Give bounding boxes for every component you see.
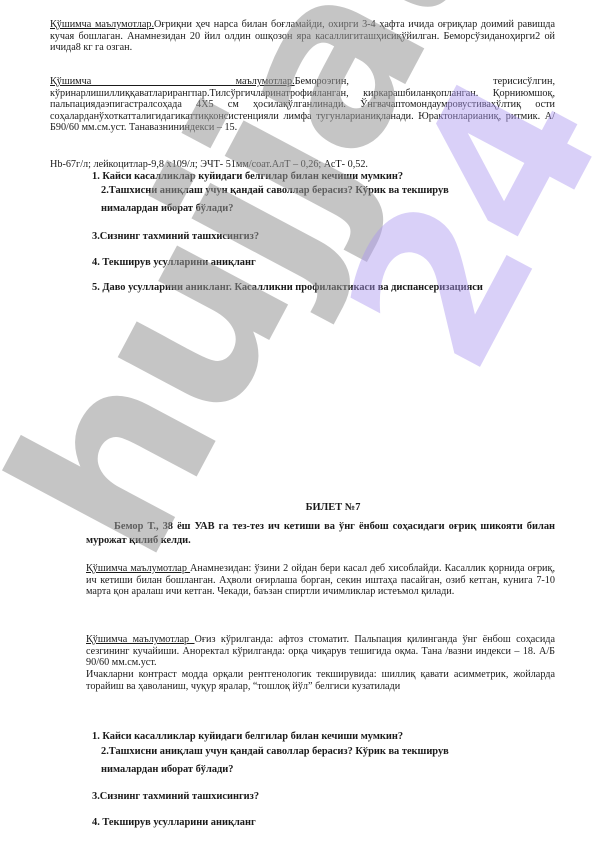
additional-info-label: Қўшимча маълумотлар.	[50, 76, 295, 87]
ticket-question-4: 4. Текширув усулларини аниқланг	[92, 816, 256, 829]
case-description: Бемор Т., 38 ёш УАВ га тез-тез ич кетиши…	[86, 520, 555, 548]
question-1: 1. Кайси касалликлар куйидаги белгилар б…	[92, 170, 403, 183]
additional-info-label: Қўшимча маълумотлар.	[50, 19, 154, 30]
question-4: 4. Текширув усулларини аниқланг	[92, 256, 256, 269]
ticket-question-1: 1. Кайси касалликлар куйидаги белгилар б…	[92, 730, 403, 743]
additional-info-paragraph-2: Қўшимча маълумотлар.Бемороэгин, терисисў…	[50, 76, 555, 134]
additional-info-label: Қўшимча маълумотлар	[86, 563, 190, 574]
question-5: 5. Даво усулларини аникланг. Касалликни …	[92, 281, 483, 294]
question-2-cont: нималардан иборат бўлади?	[101, 202, 233, 215]
question-2: 2.Ташхисни аниқлаш учун қандай саволлар …	[101, 184, 449, 197]
ticket-additional-info-1: Қўшимча маълумотлар Анамнезидан: ўзини 2…	[86, 563, 555, 598]
question-3: 3.Сизнинг тахминий ташхисингиз?	[92, 230, 259, 243]
document-page: Қўшимча маълумотлар.Оғриқни ҳеч нарса би…	[0, 0, 596, 842]
ticket-additional-info-2: Қўшимча маълумотлар Оғиз кўрилганда: афт…	[86, 634, 555, 669]
additional-info-label: Қўшимча маълумотлар	[86, 634, 195, 645]
ticket-question-2-cont: нималардан иборат бўлади?	[101, 763, 233, 776]
ticket-question-3: 3.Сизнинг тахминий ташхисингиз?	[92, 790, 259, 803]
lab-results: Hb-67г/л; лейкоцитлар-9,8 х109/л; ЭЧТ- 5…	[50, 159, 555, 171]
ticket-question-2: 2.Ташхисни аниқлаш учун қандай саволлар …	[101, 745, 449, 758]
xray-findings: Ичакларни контраст модда орқали рентгено…	[86, 669, 555, 692]
ticket-title: БИЛЕТ №7	[0, 502, 596, 513]
additional-info-paragraph-1: Қўшимча маълумотлар.Оғриқни ҳеч нарса би…	[50, 19, 555, 54]
